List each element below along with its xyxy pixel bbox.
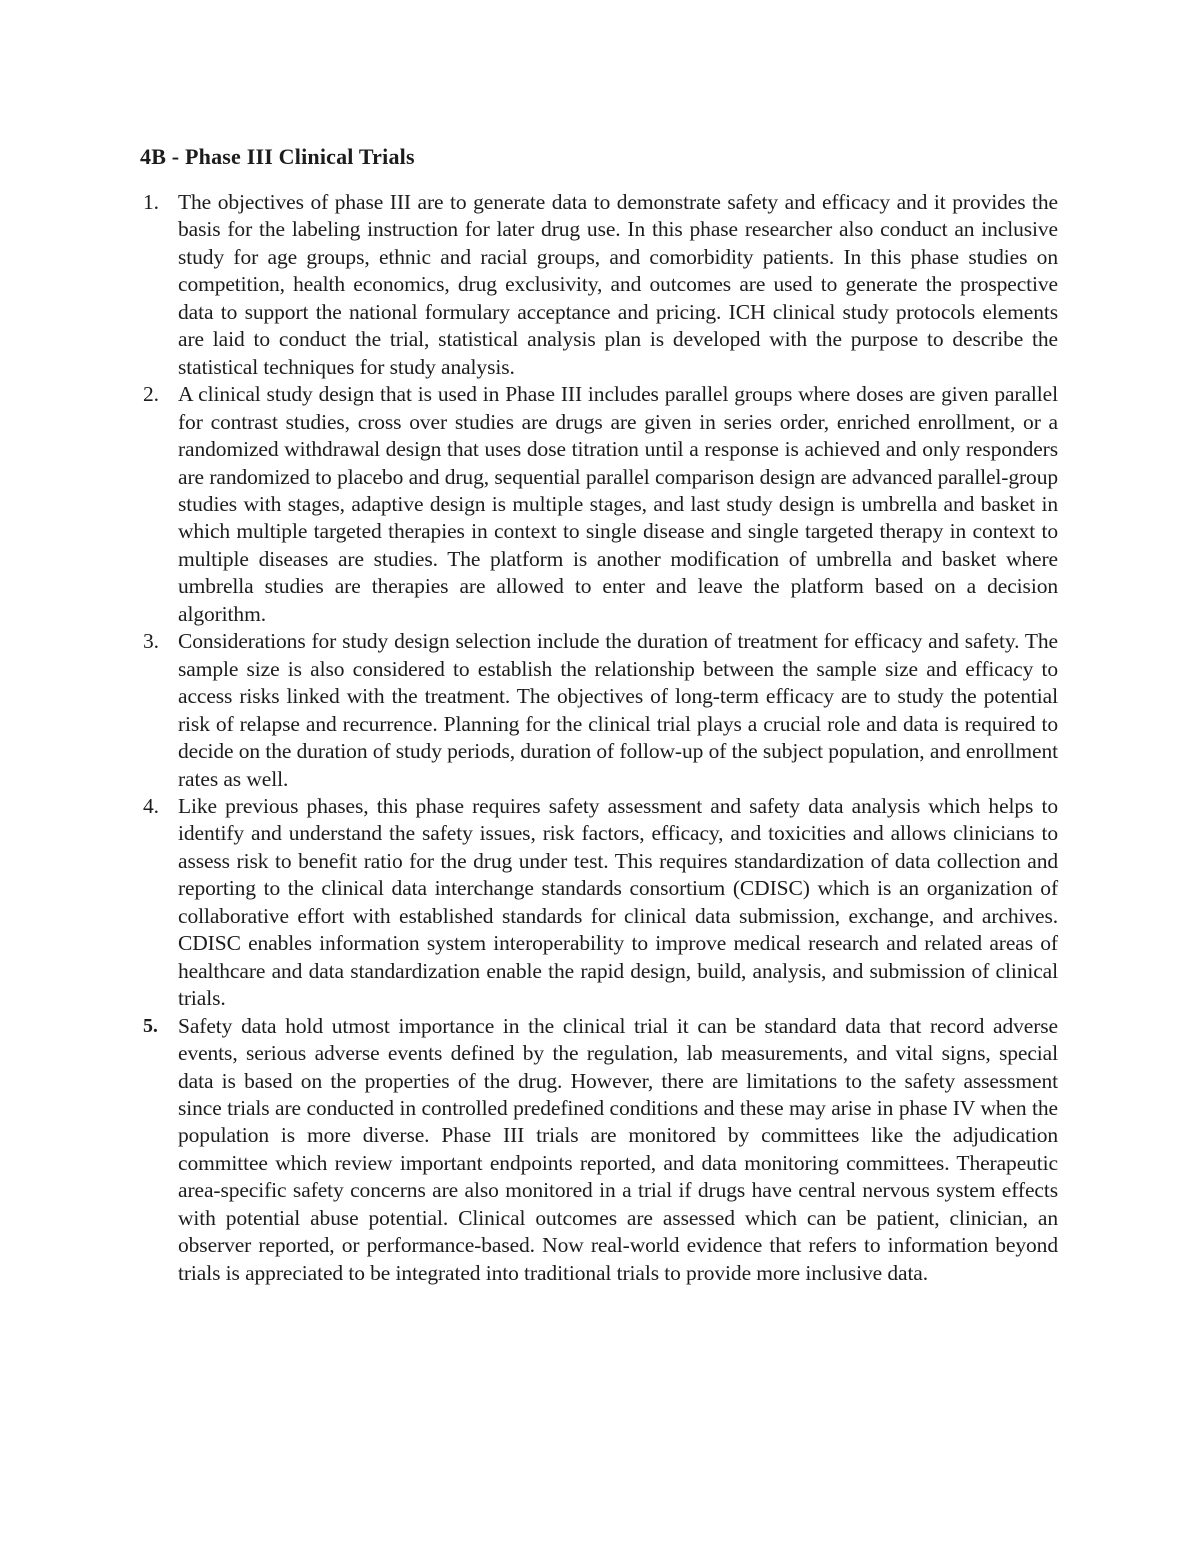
- list-item-text: The objectives of phase III are to gener…: [178, 190, 1058, 379]
- list-item: 1. The objectives of phase III are to ge…: [140, 189, 1058, 381]
- list-item-text: Like previous phases, this phase require…: [178, 794, 1058, 1010]
- list-item-number: 1.: [143, 189, 175, 216]
- list-item-text: A clinical study design that is used in …: [178, 382, 1058, 626]
- list-item-number: 3.: [143, 628, 175, 655]
- list-item-text: Safety data hold utmost importance in th…: [178, 1014, 1058, 1285]
- list-item-number: 4.: [143, 793, 175, 820]
- list-item: 2. A clinical study design that is used …: [140, 381, 1058, 628]
- list-item: 4. Like previous phases, this phase requ…: [140, 793, 1058, 1013]
- list-item-text: Considerations for study design selectio…: [178, 629, 1058, 790]
- list-item: 3. Considerations for study design selec…: [140, 628, 1058, 793]
- list-item-number: 5.: [143, 1013, 175, 1040]
- list-item-number: 2.: [143, 381, 175, 408]
- page-title: 4B - Phase III Clinical Trials: [140, 143, 1058, 170]
- numbered-list: 1. The objectives of phase III are to ge…: [140, 189, 1058, 1287]
- list-item: 5. Safety data hold utmost importance in…: [140, 1013, 1058, 1288]
- document-content: 4B - Phase III Clinical Trials 1. The ob…: [140, 143, 1058, 1287]
- document-page: 4B - Phase III Clinical Trials 1. The ob…: [0, 0, 1200, 1553]
